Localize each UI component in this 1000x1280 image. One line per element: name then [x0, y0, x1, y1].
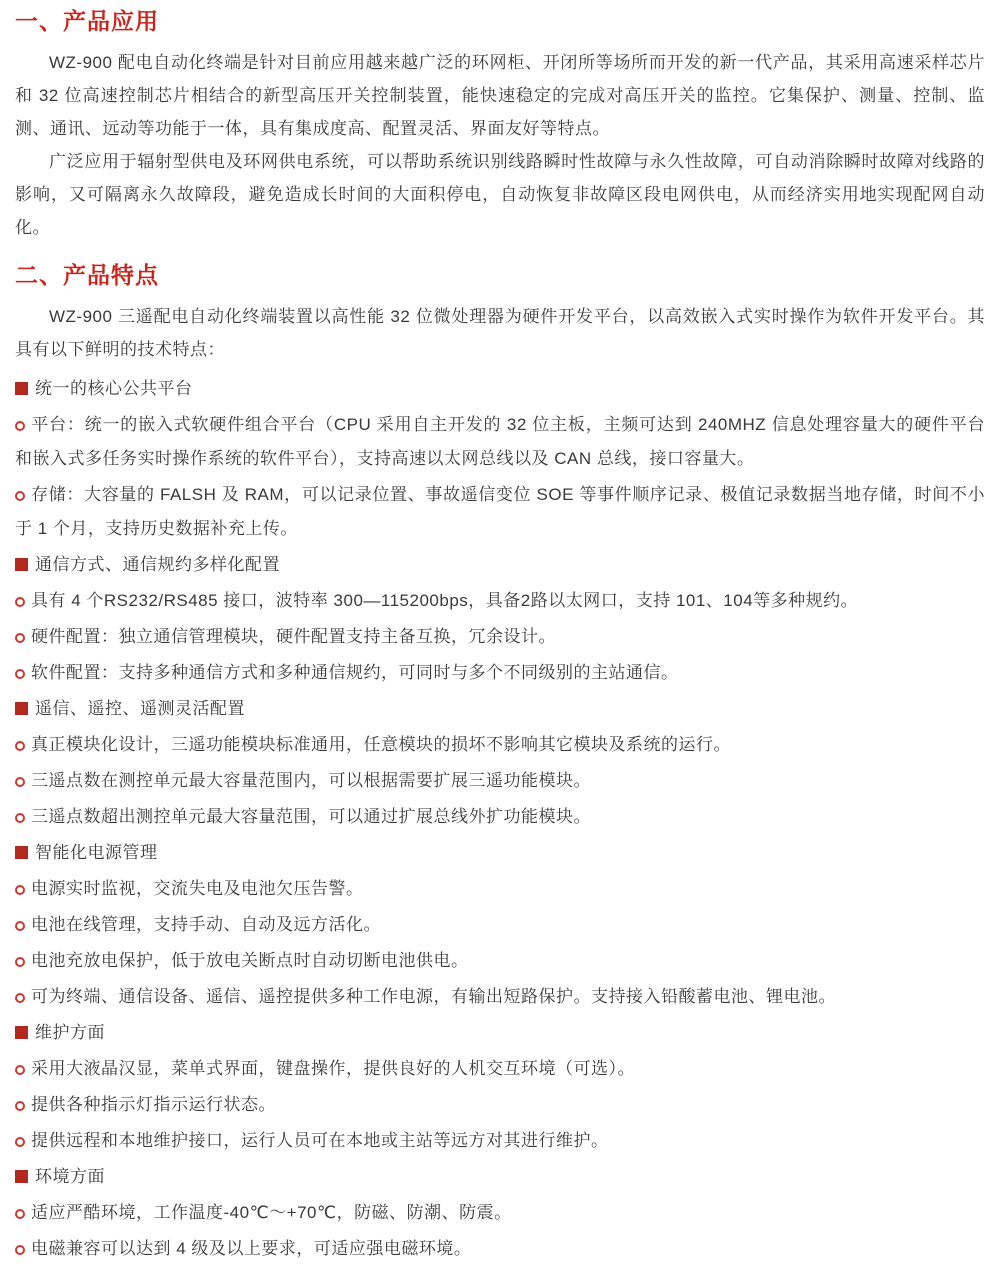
- feature-point: 提供远程和本地维护接口，运行人员可在本地或主站等远方对其进行维护。: [15, 1124, 985, 1158]
- feature-point-text: 平台：统一的嵌入式软硬件组合平台（CPU 采用自主开发的 32 位主板，主频可达…: [15, 415, 985, 468]
- feature-group-title: 统一的核心公共平台: [15, 372, 985, 406]
- feature-group-title: 通信方式、通信规约多样化配置: [15, 548, 985, 582]
- feature-group-title: 遥信、遥控、遥测灵活配置: [15, 692, 985, 726]
- circle-bullet-icon: [15, 1209, 25, 1219]
- circle-bullet-icon: [15, 491, 25, 501]
- feature-point: 平台：统一的嵌入式软硬件组合平台（CPU 采用自主开发的 32 位主板，主频可达…: [15, 408, 985, 476]
- feature-point: 适应严酷环境，工作温度-40℃～+70℃，防磁、防潮、防震。: [15, 1196, 985, 1230]
- circle-bullet-icon: [15, 921, 25, 931]
- feature-title-text: 通信方式、通信规约多样化配置: [35, 555, 280, 574]
- circle-bullet-icon: [15, 777, 25, 787]
- feature-point-text: 提供各种指示灯指示运行状态。: [31, 1095, 276, 1114]
- feature-point: 硬件配置：独立通信管理模块，硬件配置支持主备互换，冗余设计。: [15, 620, 985, 654]
- feature-point: 可为终端、通信设备、遥信、遥控提供多种工作电源，有输出短路保护。支持接入铅酸蓄电…: [15, 980, 985, 1014]
- feature-point: 电池在线管理，支持手动、自动及远方活化。: [15, 908, 985, 942]
- feature-point: 三遥点数超出测控单元最大容量范围，可以通过扩展总线外扩功能模块。: [15, 800, 985, 834]
- circle-bullet-icon: [15, 669, 25, 679]
- section-heading-1: 一、产品应用: [15, 6, 985, 36]
- feature-group-title: 维护方面: [15, 1016, 985, 1050]
- circle-bullet-icon: [15, 957, 25, 967]
- document-body: 一、产品应用WZ-900 配电自动化终端是针对目前应用越来越广泛的环网柜、开闭所…: [0, 0, 1000, 1266]
- square-bullet-icon: [15, 702, 28, 715]
- feature-point-text: 硬件配置：独立通信管理模块，硬件配置支持主备互换，冗余设计。: [31, 627, 556, 646]
- feature-point-text: 提供远程和本地维护接口，运行人员可在本地或主站等远方对其进行维护。: [31, 1131, 609, 1150]
- feature-point: 真正模块化设计，三遥功能模块标准通用，任意模块的损坏不影响其它模块及系统的运行。: [15, 728, 985, 762]
- circle-bullet-icon: [15, 885, 25, 895]
- circle-bullet-icon: [15, 741, 25, 751]
- square-bullet-icon: [15, 1026, 28, 1039]
- section-heading-2: 二、产品特点: [15, 260, 985, 290]
- circle-bullet-icon: [15, 1245, 25, 1255]
- circle-bullet-icon: [15, 421, 25, 431]
- feature-group-title: 环境方面: [15, 1160, 985, 1194]
- feature-point: 软件配置：支持多种通信方式和多种通信规约，可同时与多个不同级别的主站通信。: [15, 656, 985, 690]
- feature-point: 存储：大容量的 FALSH 及 RAM，可以记录位置、事故遥信变位 SOE 等事…: [15, 478, 985, 546]
- feature-point-text: 三遥点数在测控单元最大容量范围内，可以根据需要扩展三遥功能模块。: [31, 771, 591, 790]
- square-bullet-icon: [15, 558, 28, 571]
- circle-bullet-icon: [15, 993, 25, 1003]
- feature-point: 采用大液晶汉显，菜单式界面，键盘操作，提供良好的人机交互环境（可选）。: [15, 1052, 985, 1086]
- feature-group-title: 智能化电源管理: [15, 836, 985, 870]
- body-paragraph: WZ-900 三遥配电自动化终端装置以高性能 32 位微处理器为硬件开发平台，以…: [15, 300, 985, 366]
- feature-point: 电池充放电保护，低于放电关断点时自动切断电池供电。: [15, 944, 985, 978]
- circle-bullet-icon: [15, 813, 25, 823]
- feature-point-text: 采用大液晶汉显，菜单式界面，键盘操作，提供良好的人机交互环境（可选）。: [31, 1059, 635, 1078]
- feature-point-text: 电池充放电保护，低于放电关断点时自动切断电池供电。: [31, 951, 469, 970]
- feature-title-text: 维护方面: [35, 1023, 105, 1042]
- body-paragraph: WZ-900 配电自动化终端是针对目前应用越来越广泛的环网柜、开闭所等场所而开发…: [15, 46, 985, 145]
- square-bullet-icon: [15, 1170, 28, 1183]
- square-bullet-icon: [15, 382, 28, 395]
- circle-bullet-icon: [15, 597, 25, 607]
- feature-point: 提供各种指示灯指示运行状态。: [15, 1088, 985, 1122]
- feature-point-text: 软件配置：支持多种通信方式和多种通信规约，可同时与多个不同级别的主站通信。: [31, 663, 679, 682]
- circle-bullet-icon: [15, 1065, 25, 1075]
- feature-title-text: 遥信、遥控、遥测灵活配置: [35, 699, 245, 718]
- feature-point-text: 具有 4 个RS232/RS485 接口，波特率 300—115200bps，具…: [31, 591, 858, 610]
- feature-point-text: 电源实时监视，交流失电及电池欠压告警。: [31, 879, 364, 898]
- circle-bullet-icon: [15, 1137, 25, 1147]
- feature-point: 电磁兼容可以达到 4 级及以上要求，可适应强电磁环境。: [15, 1232, 985, 1266]
- feature-point: 三遥点数在测控单元最大容量范围内，可以根据需要扩展三遥功能模块。: [15, 764, 985, 798]
- square-bullet-icon: [15, 846, 28, 859]
- feature-point-text: 电磁兼容可以达到 4 级及以上要求，可适应强电磁环境。: [31, 1239, 471, 1258]
- circle-bullet-icon: [15, 633, 25, 643]
- feature-title-text: 智能化电源管理: [35, 843, 158, 862]
- feature-point-text: 三遥点数超出测控单元最大容量范围，可以通过扩展总线外扩功能模块。: [31, 807, 591, 826]
- feature-title-text: 统一的核心公共平台: [35, 379, 193, 398]
- body-paragraph: 广泛应用于辐射型供电及环网供电系统，可以帮助系统识别线路瞬时性故障与永久性故障，…: [15, 145, 985, 244]
- feature-point-text: 可为终端、通信设备、遥信、遥控提供多种工作电源，有输出短路保护。支持接入铅酸蓄电…: [31, 987, 836, 1006]
- feature-point: 电源实时监视，交流失电及电池欠压告警。: [15, 872, 985, 906]
- feature-point-text: 适应严酷环境，工作温度-40℃～+70℃，防磁、防潮、防震。: [31, 1203, 512, 1222]
- circle-bullet-icon: [15, 1101, 25, 1111]
- feature-point-text: 真正模块化设计，三遥功能模块标准通用，任意模块的损坏不影响其它模块及系统的运行。: [31, 735, 731, 754]
- feature-point-text: 存储：大容量的 FALSH 及 RAM，可以记录位置、事故遥信变位 SOE 等事…: [15, 485, 985, 538]
- feature-title-text: 环境方面: [35, 1167, 105, 1186]
- feature-point-text: 电池在线管理，支持手动、自动及远方活化。: [31, 915, 381, 934]
- feature-point: 具有 4 个RS232/RS485 接口，波特率 300—115200bps，具…: [15, 584, 985, 618]
